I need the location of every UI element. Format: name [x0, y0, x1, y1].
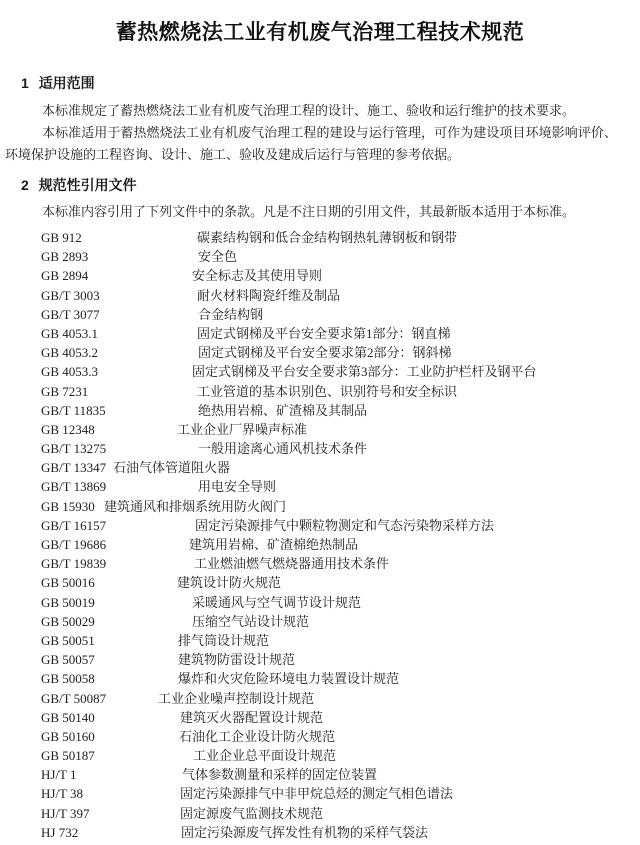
reference-code: GB 50029 [41, 612, 95, 631]
references-intro-text: 本标准内容引用了下列文件中的条款。凡是不注日期的引用文件，其最新版本适用于本标准… [5, 201, 617, 223]
reference-title: 耐火材料陶瓷纤维及制品 [197, 286, 340, 305]
reference-row: GB 15930建筑通风和排烟系统用防火阀门 [0, 497, 640, 516]
reference-row: GB 50016建筑设计防火规范 [0, 573, 640, 592]
reference-title: 工业燃油燃气燃烧器通用技术条件 [194, 554, 389, 573]
reference-row: GB 4053.3固定式钢梯及平台安全要求第3部分：工业防护栏杆及钢平台 [0, 362, 640, 381]
reference-title: 安全色 [198, 247, 237, 266]
reference-row: HJ/T 38固定污染源排气中非甲烷总烃的测定气相色谱法 [0, 784, 640, 803]
reference-row: GB 50058爆炸和火灾危险环境电力装置设计规范 [0, 669, 640, 688]
scope-paragraph-2: 本标准适用于蓄热燃烧法工业有机废气治理工程的建设与运行管理，可作为建设项目环境影… [5, 122, 617, 166]
reference-row: GB 4053.1固定式钢梯及平台安全要求第1部分：钢直梯 [0, 324, 640, 343]
reference-code: GB 50019 [41, 593, 95, 612]
reference-title: 工业企业噪声控制设计规范 [158, 689, 314, 708]
reference-row: GB 7231工业管道的基本识别色、识别符号和安全标识 [0, 382, 640, 401]
section-2-label: 规范性引用文件 [39, 175, 137, 195]
reference-code: GB 7231 [41, 382, 88, 401]
reference-title: 安全标志及其使用导则 [192, 266, 322, 285]
reference-row: GB 2893安全色 [0, 247, 640, 266]
reference-title: 固定污染源排气中非甲烷总烃的测定气相色谱法 [180, 784, 453, 803]
reference-title: 石油气体管道阻火器 [113, 458, 230, 477]
reference-code: GB 50160 [41, 727, 95, 746]
reference-row: GB 2894安全标志及其使用导则 [0, 266, 640, 285]
reference-title: 建筑用岩棉、矿渣棉绝热制品 [189, 535, 358, 554]
section-1-heading: 1 适用范围 [21, 73, 95, 93]
reference-title: 碳素结构钢和低合金结构钢热轧薄钢板和钢带 [197, 228, 457, 247]
reference-row: GB/T 11835绝热用岩棉、矿渣棉及其制品 [0, 401, 640, 420]
reference-code: GB/T 13869 [41, 477, 106, 496]
references-list: GB 912碳素结构钢和低合金结构钢热轧薄钢板和钢带GB 2893安全色GB 2… [0, 228, 640, 842]
reference-title: 合金结构钢 [198, 305, 263, 324]
reference-title: 用电安全导则 [198, 477, 276, 496]
reference-row: GB/T 3077合金结构钢 [0, 305, 640, 324]
reference-row: GB 912碳素结构钢和低合金结构钢热轧薄钢板和钢带 [0, 228, 640, 247]
reference-title: 固定污染源排气中颗粒物测定和气态污染物采样方法 [195, 516, 494, 535]
reference-row: GB/T 13869用电安全导则 [0, 477, 640, 496]
reference-title: 建筑设计防火规范 [177, 573, 281, 592]
reference-row: GB/T 19839工业燃油燃气燃烧器通用技术条件 [0, 554, 640, 573]
reference-row: GB 50057建筑物防雷设计规范 [0, 650, 640, 669]
reference-code: HJ/T 38 [41, 784, 83, 803]
reference-code: GB 50016 [41, 573, 95, 592]
reference-title: 固定式钢梯及平台安全要求第2部分：钢斜梯 [198, 343, 452, 362]
reference-row: GB/T 13275一般用途离心通风机技术条件 [0, 439, 640, 458]
reference-title: 固定式钢梯及平台安全要求第1部分：钢直梯 [197, 324, 451, 343]
reference-row: GB 50187工业企业总平面设计规范 [0, 746, 640, 765]
reference-code: HJ/T 1 [41, 765, 77, 784]
reference-row: GB/T 19686建筑用岩棉、矿渣棉绝热制品 [0, 535, 640, 554]
reference-title: 建筑通风和排烟系统用防火阀门 [104, 497, 286, 516]
reference-code: GB 2894 [41, 266, 88, 285]
reference-title: 工业管道的基本识别色、识别符号和安全标识 [197, 382, 457, 401]
reference-title: 压缩空气站设计规范 [192, 612, 309, 631]
reference-title: 建筑灭火器配置设计规范 [180, 708, 323, 727]
reference-code: GB 50051 [41, 631, 95, 650]
reference-title: 气体参数测量和采样的固定位装置 [182, 765, 377, 784]
reference-row: GB 4053.2固定式钢梯及平台安全要求第2部分：钢斜梯 [0, 343, 640, 362]
reference-title: 一般用途离心通风机技术条件 [198, 439, 367, 458]
scope-paragraphs: 本标准规定了蓄热燃烧法工业有机废气治理工程的设计、施工、验收和运行维护的技术要求… [5, 100, 617, 166]
reference-title: 固定污染源废气挥发性有机物的采样气袋法 [181, 823, 428, 842]
reference-row: GB/T 13347石油气体管道阻火器 [0, 458, 640, 477]
reference-code: GB 4053.1 [41, 324, 98, 343]
reference-code: GB/T 13275 [41, 439, 106, 458]
reference-code: GB/T 19686 [41, 535, 106, 554]
reference-title: 固定源废气监测技术规范 [180, 804, 323, 823]
references-intro: 本标准内容引用了下列文件中的条款。凡是不注日期的引用文件，其最新版本适用于本标准… [5, 201, 617, 223]
reference-row: GB 50160石油化工企业设计防火规范 [0, 727, 640, 746]
reference-code: GB 50058 [41, 669, 95, 688]
reference-title: 工业企业总平面设计规范 [193, 746, 336, 765]
reference-title: 固定式钢梯及平台安全要求第3部分：工业防护栏杆及钢平台 [192, 362, 537, 381]
reference-row: HJ 732固定污染源废气挥发性有机物的采样气袋法 [0, 823, 640, 842]
reference-code: GB/T 3077 [41, 305, 100, 324]
section-2-heading: 2 规范性引用文件 [21, 175, 137, 195]
reference-row: GB/T 16157固定污染源排气中颗粒物测定和气态污染物采样方法 [0, 516, 640, 535]
reference-code: GB/T 19839 [41, 554, 106, 573]
reference-row: GB/T 3003耐火材料陶瓷纤维及制品 [0, 286, 640, 305]
reference-row: GB 12348工业企业厂界噪声标准 [0, 420, 640, 439]
reference-row: HJ/T 1气体参数测量和采样的固定位装置 [0, 765, 640, 784]
document-title: 蓄热燃烧法工业有机废气治理工程技术规范 [0, 16, 640, 46]
reference-code: GB 4053.3 [41, 362, 98, 381]
section-2-number: 2 [21, 177, 29, 193]
reference-code: HJ/T 397 [41, 804, 90, 823]
reference-code: GB/T 16157 [41, 516, 106, 535]
reference-code: GB 15930 [41, 497, 95, 516]
reference-row: GB/T 50087工业企业噪声控制设计规范 [0, 689, 640, 708]
reference-code: GB 50187 [41, 746, 95, 765]
reference-title: 采暖通风与空气调节设计规范 [192, 593, 361, 612]
reference-title: 石油化工企业设计防火规范 [179, 727, 335, 746]
reference-row: GB 50051排气筒设计规范 [0, 631, 640, 650]
reference-code: GB/T 3003 [41, 286, 100, 305]
reference-row: HJ/T 397固定源废气监测技术规范 [0, 804, 640, 823]
reference-code: GB/T 13347 [41, 458, 106, 477]
reference-title: 排气筒设计规范 [178, 631, 269, 650]
reference-code: GB/T 50087 [41, 689, 106, 708]
reference-code: GB 2893 [41, 247, 88, 266]
document-page: 蓄热燃烧法工业有机废气治理工程技术规范 1 适用范围 本标准规定了蓄热燃烧法工业… [0, 0, 640, 845]
reference-code: GB 4053.2 [41, 343, 98, 362]
reference-row: GB 50140建筑灭火器配置设计规范 [0, 708, 640, 727]
scope-paragraph-1: 本标准规定了蓄热燃烧法工业有机废气治理工程的设计、施工、验收和运行维护的技术要求… [5, 100, 617, 122]
reference-code: GB/T 11835 [41, 401, 106, 420]
reference-title: 爆炸和火灾危险环境电力装置设计规范 [178, 669, 399, 688]
section-1-label: 适用范围 [39, 73, 95, 93]
reference-code: GB 50057 [41, 650, 95, 669]
reference-code: HJ 732 [41, 823, 78, 842]
reference-code: GB 912 [41, 228, 82, 247]
reference-title: 绝热用岩棉、矿渣棉及其制品 [198, 401, 367, 420]
reference-row: GB 50019采暖通风与空气调节设计规范 [0, 593, 640, 612]
reference-code: GB 12348 [41, 420, 95, 439]
section-1-number: 1 [21, 75, 29, 91]
reference-code: GB 50140 [41, 708, 95, 727]
reference-row: GB 50029压缩空气站设计规范 [0, 612, 640, 631]
reference-title: 建筑物防雷设计规范 [178, 650, 295, 669]
reference-title: 工业企业厂界噪声标准 [177, 420, 307, 439]
